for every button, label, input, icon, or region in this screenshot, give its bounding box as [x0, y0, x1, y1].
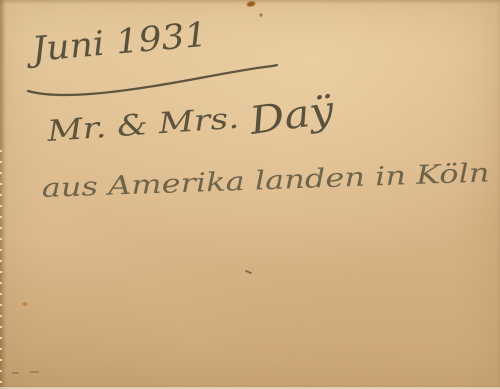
- handwriting-layer: Juni 1931 Mr. & Mrs. Daÿ aus Amerika lan…: [0, 0, 500, 389]
- handwritten-note-photo: Juni 1931 Mr. & Mrs. Daÿ aus Amerika lan…: [0, 0, 500, 389]
